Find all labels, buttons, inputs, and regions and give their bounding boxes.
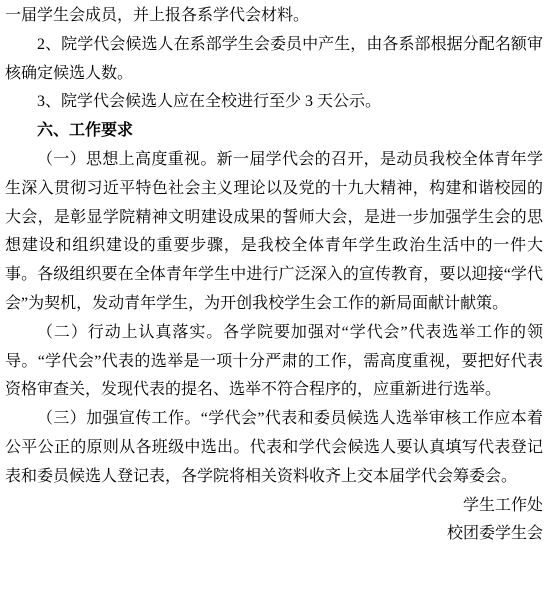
signature-youth-league-student-union: 校团委学生会 [5, 520, 543, 549]
paragraph-requirement-2: （二）行动上认真落实。各学院要加强对“学代会”代表选举工作的领导。“学代会”代表… [5, 319, 543, 405]
paragraph-requirement-1: （一）思想上高度重视。新一届学代会的召开，是动员我校全体青年学生深入贯彻习近平特… [5, 146, 543, 319]
section-heading-work-requirements: 六、工作要求 [5, 117, 543, 146]
paragraph-requirement-3: （三）加强宣传工作。“学代会”代表和委员候选人选举审核工作应本着公平公正的原则从… [5, 405, 543, 491]
continuation-line: 一届学生会成员，并上报各系学代会材料。 [5, 2, 543, 31]
numbered-item-2: 2、院学代会候选人在系部学生会委员中产生，由各系部根据分配名额审核确定候选人数。 [5, 31, 543, 89]
signature-student-affairs-office: 学生工作处 [5, 492, 543, 521]
document-page: 一届学生会成员，并上报各系学代会材料。 2、院学代会候选人在系部学生会委员中产生… [0, 0, 549, 614]
numbered-item-3: 3、院学代会候选人应在全校进行至少 3 天公示。 [5, 88, 543, 117]
